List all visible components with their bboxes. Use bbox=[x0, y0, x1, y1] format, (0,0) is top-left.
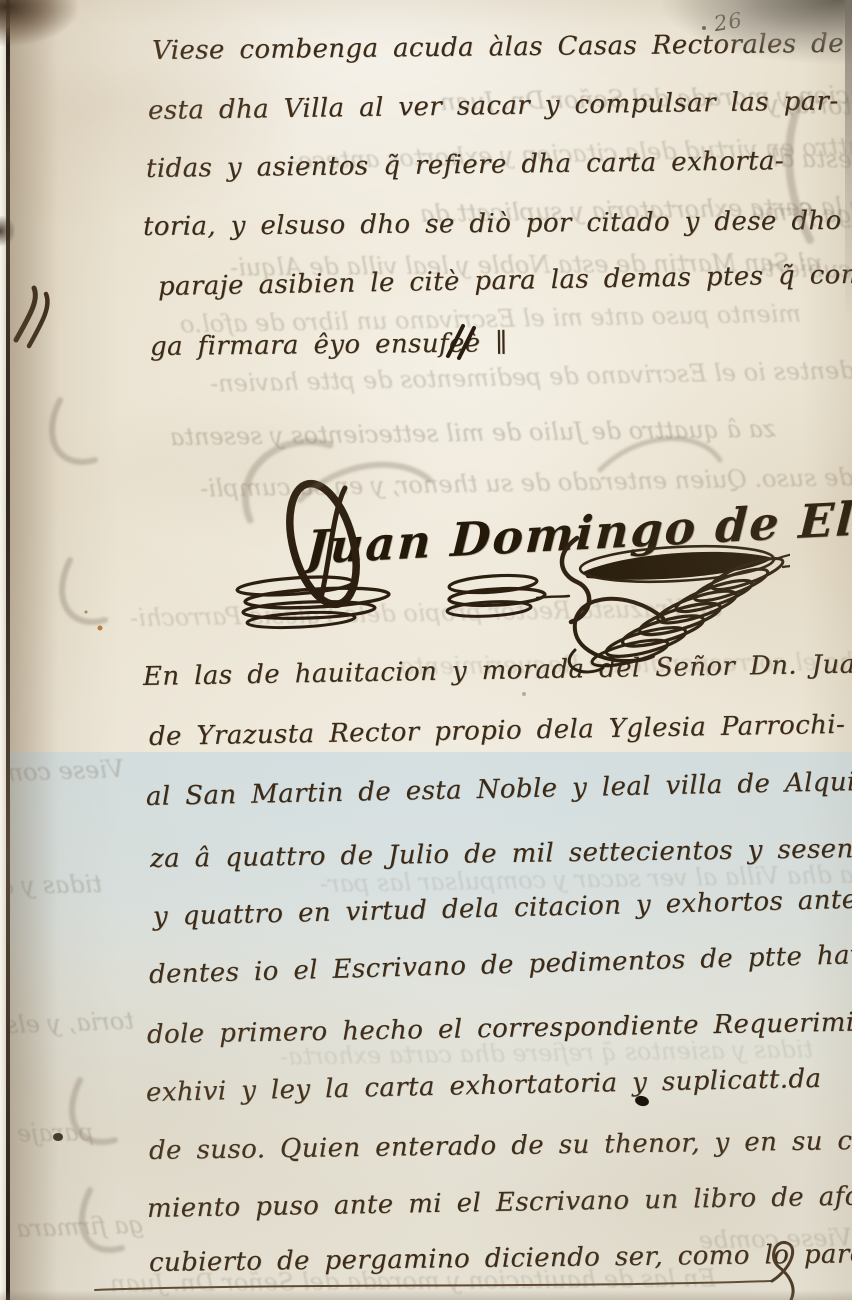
edge-notch-left bbox=[0, 216, 15, 246]
manuscript-page: En las de hauitacion y morada del Señor … bbox=[0, 0, 852, 1300]
corner-damage-top-left bbox=[0, 0, 78, 46]
page-edge-bottom bbox=[0, 1290, 852, 1300]
manuscript-line: ga firmara êyo ensufeè ∥ bbox=[150, 328, 508, 363]
binding-edge bbox=[6, 0, 10, 1300]
manuscript-line: toria, y elsuso dho se diò por citado y … bbox=[143, 205, 852, 243]
corner-damage-top-right bbox=[662, 0, 852, 64]
binding-shadow bbox=[10, 0, 58, 1300]
page-edge-right bbox=[845, 0, 852, 320]
